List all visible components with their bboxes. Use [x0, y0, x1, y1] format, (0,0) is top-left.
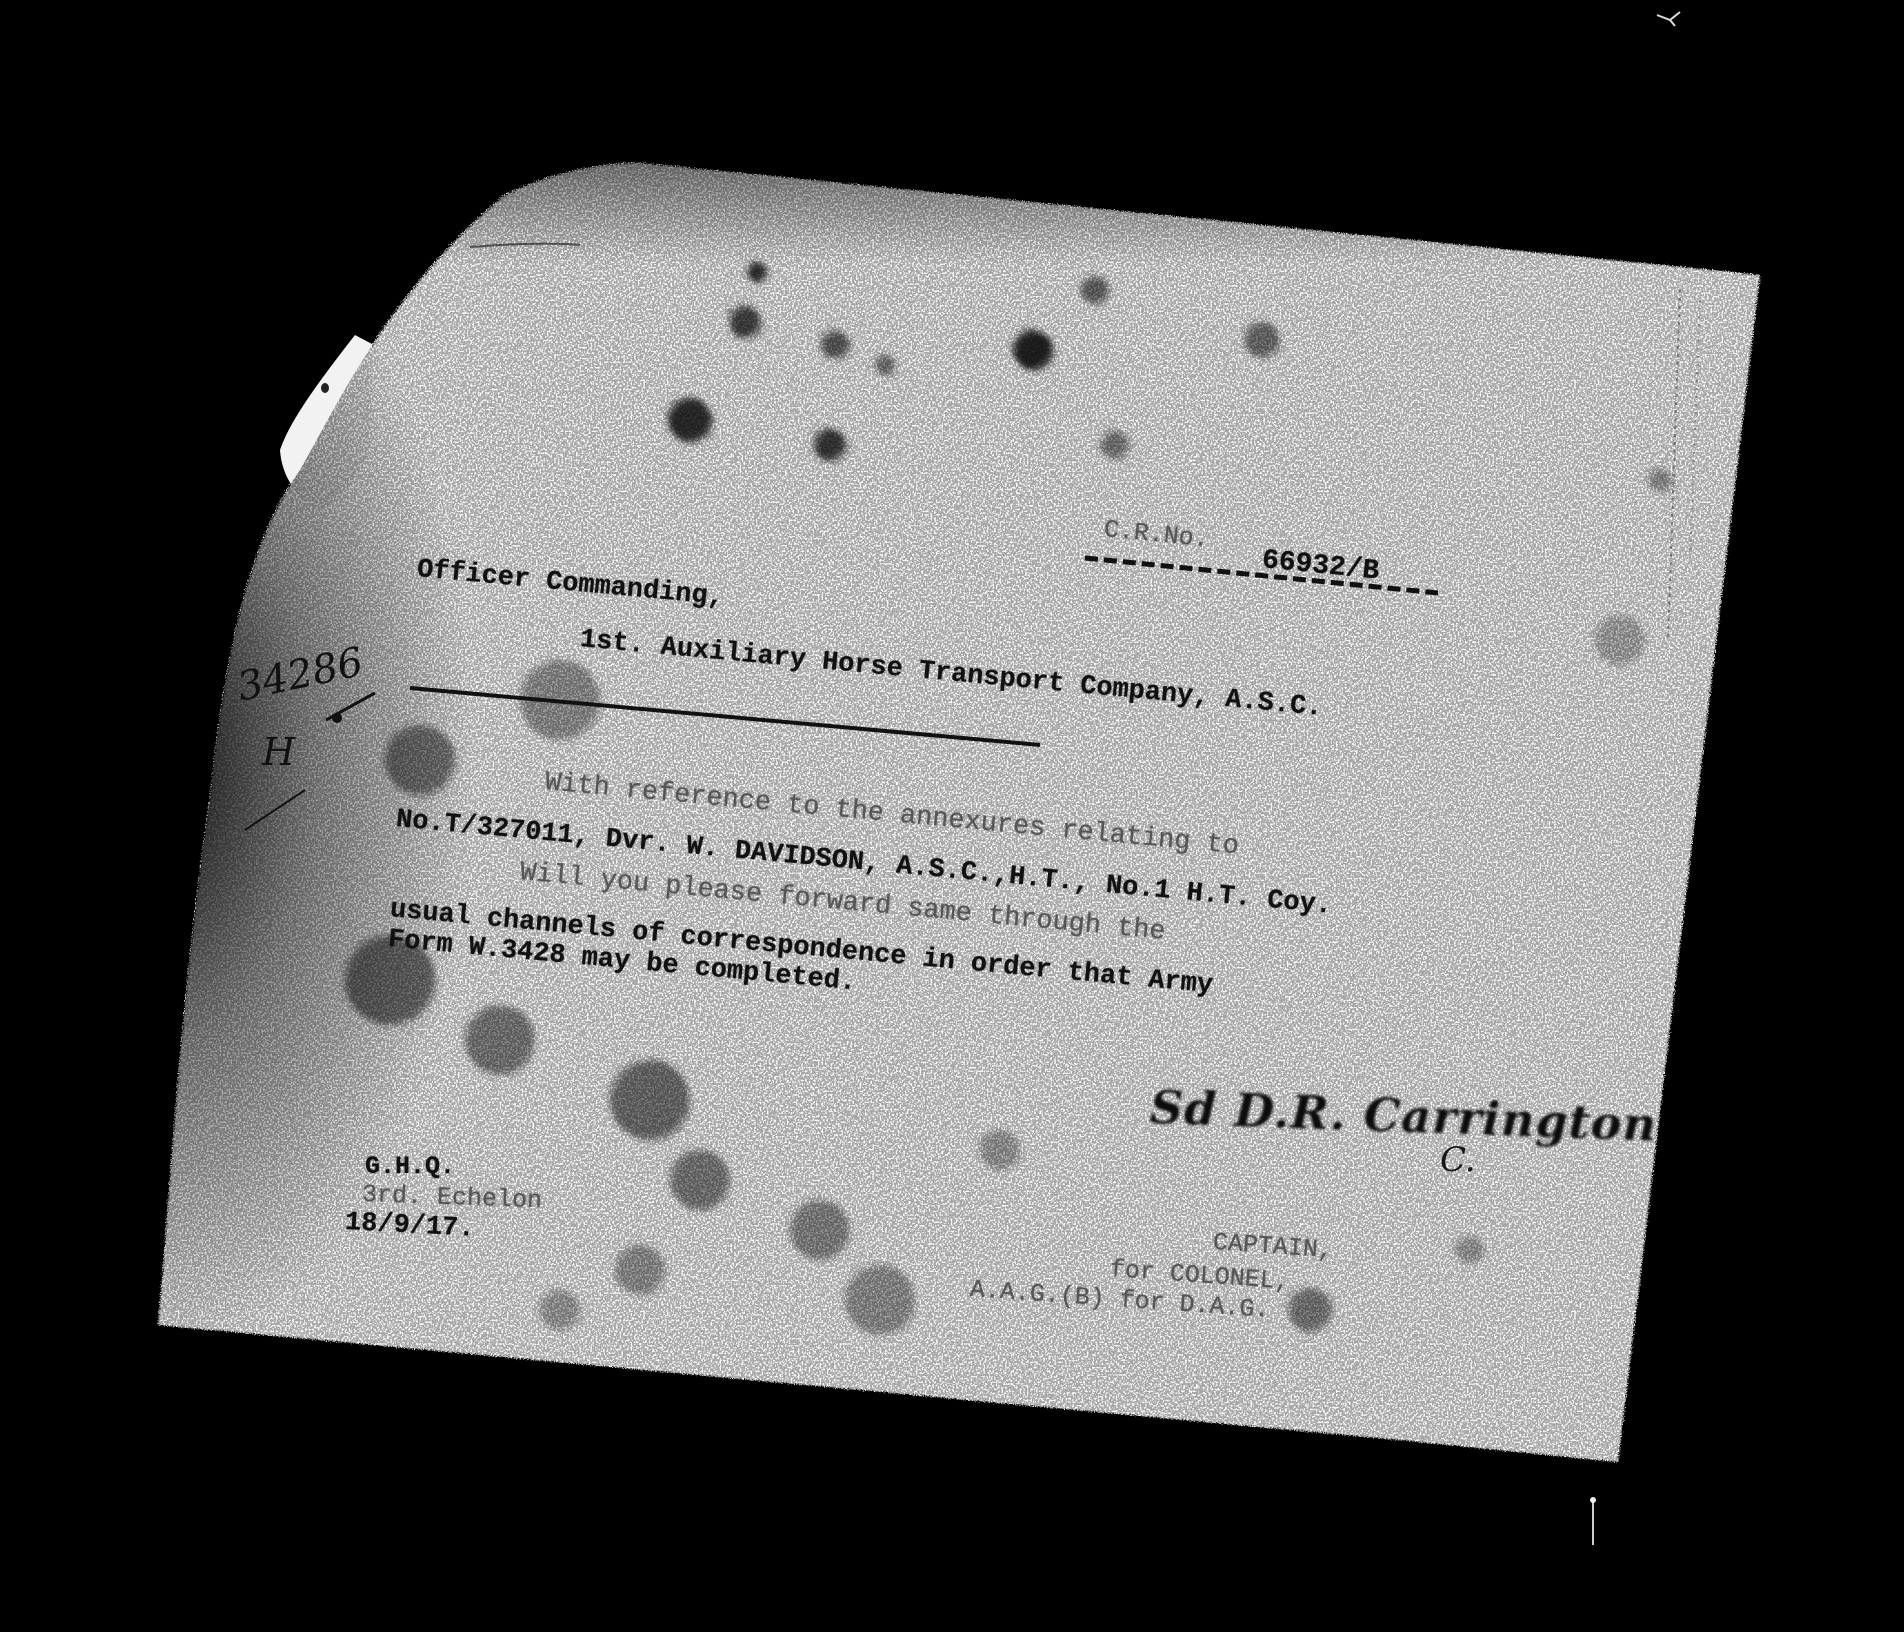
origin-line-1: G.H.Q.: [365, 1152, 455, 1181]
signature-initial-mark: C.: [1440, 1140, 1476, 1180]
margin-annotation-mark: H: [262, 730, 295, 774]
